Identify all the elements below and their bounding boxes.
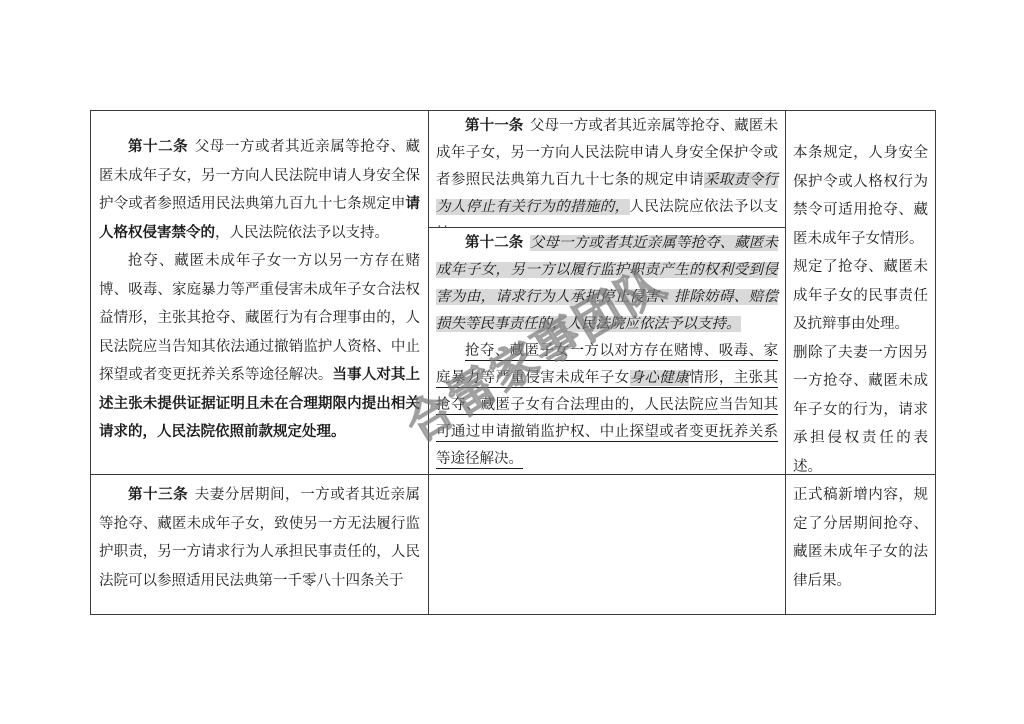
paragraph: 第十三条夫妻分居期间，一方或者其近亲属等抢夺、藏匿未成年子女，致使另一方无法履行… bbox=[99, 481, 420, 595]
cell-draft-article-12: 第十二条父母一方或者其近亲属等抢夺、藏匿未成年子女，另一方以履行监护职责产生的权… bbox=[429, 228, 785, 474]
cell-final-article-13: 第十三条夫妻分居期间，一方或者其近亲属等抢夺、藏匿未成年子女，致使另一方无法履行… bbox=[91, 475, 429, 615]
comparison-table: 第十二条父母一方或者其近亲属等抢夺、藏匿未成年子女，另一方向人民法院申请人身安全… bbox=[90, 110, 936, 615]
paragraph: 第十二条父母一方或者其近亲属等抢夺、藏匿未成年子女，另一方向人民法院申请人身安全… bbox=[99, 133, 420, 247]
cell-notes-article-13: 正式稿新增内容，规定了分居期间抢夺、藏匿未成年子女的法律后果。 bbox=[786, 475, 936, 615]
cell-draft-column: 第十一条父母一方或者其近亲属等抢夺、藏匿未成年子女，另一方向人民法院申请人身安全… bbox=[429, 111, 786, 475]
page: { "watermark": { "text": "合雷家事团队" }, "ta… bbox=[0, 0, 1024, 724]
cell-final-article-12: 第十二条父母一方或者其近亲属等抢夺、藏匿未成年子女，另一方向人民法院申请人身安全… bbox=[91, 111, 429, 475]
paragraph: 删除了夫妻一方因另一方抢夺、藏匿未成年子女的行为，请求承担侵权责任的表述。 bbox=[793, 339, 928, 476]
paragraph: 第十一条父母一方或者其近亲属等抢夺、藏匿未成年子女，另一方向人民法院申请人身安全… bbox=[436, 113, 778, 228]
paragraph: 抢夺、藏匿未成年子女一方以另一方存在赌博、吸毒、家庭暴力等严重侵害未成年子女合法… bbox=[99, 247, 420, 447]
paragraph: 规定了抢夺、藏匿未成年子女的民事责任及抗辩事由处理。 bbox=[793, 253, 928, 339]
cell-draft-article-11: 第十一条父母一方或者其近亲属等抢夺、藏匿未成年子女，另一方向人民法院申请人身安全… bbox=[429, 111, 785, 228]
cell-notes-articles-11-12: 本条规定，人身安全保护令或人格权行为禁令可适用抢夺、藏匿未成年子女情形。规定了抢… bbox=[786, 111, 936, 475]
paragraph: 第十二条父母一方或者其近亲属等抢夺、藏匿未成年子女，另一方以履行监护职责产生的权… bbox=[436, 230, 778, 338]
paragraph: 本条规定，人身安全保护令或人格权行为禁令可适用抢夺、藏匿未成年子女情形。 bbox=[793, 139, 928, 253]
paragraph: 正式稿新增内容，规定了分居期间抢夺、藏匿未成年子女的法律后果。 bbox=[793, 481, 928, 595]
paragraph: 抢夺、藏匿子女一方以对方存在赌博、吸毒、家庭暴力等严重侵害未成年子女身心健康情形… bbox=[436, 338, 778, 473]
cell-draft-empty bbox=[429, 475, 786, 615]
